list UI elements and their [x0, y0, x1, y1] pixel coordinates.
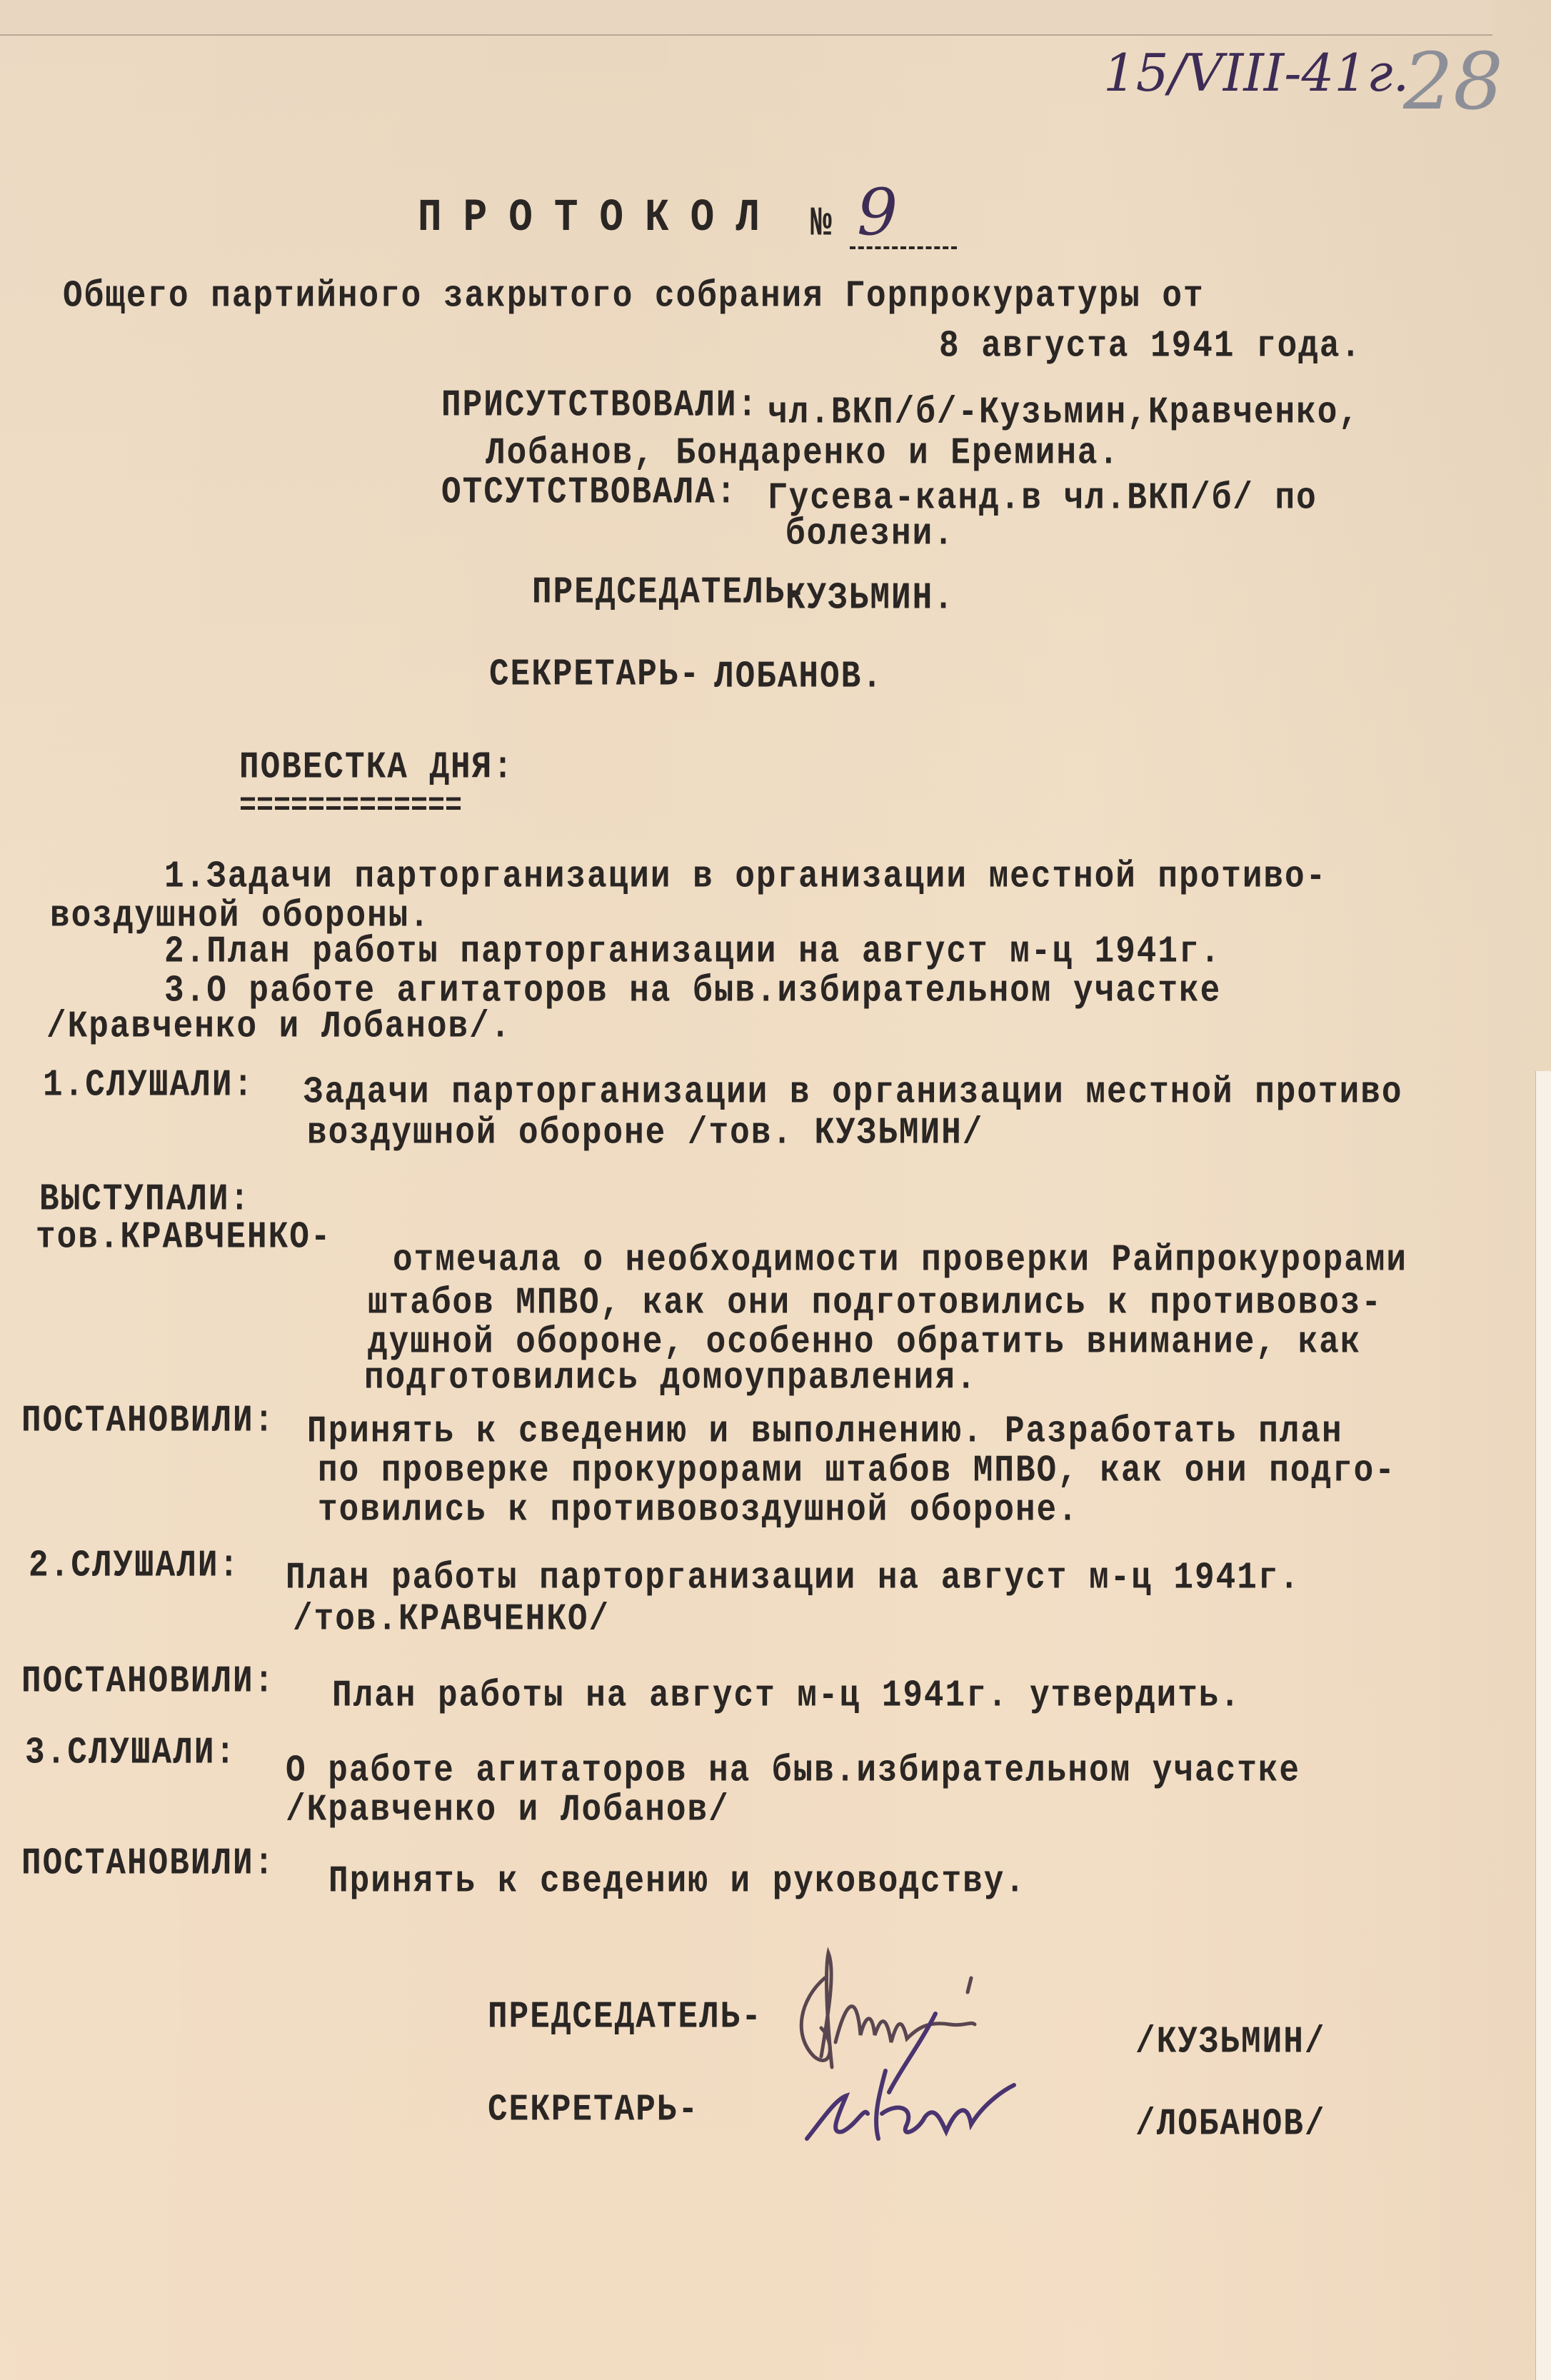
chair-signature	[801, 1953, 975, 2067]
document-page: 15/VIII-41г. 28 ПРОТОКОЛ № 9 Общего парт…	[0, 0, 1551, 2380]
signature-strokes	[0, 0, 1551, 2380]
